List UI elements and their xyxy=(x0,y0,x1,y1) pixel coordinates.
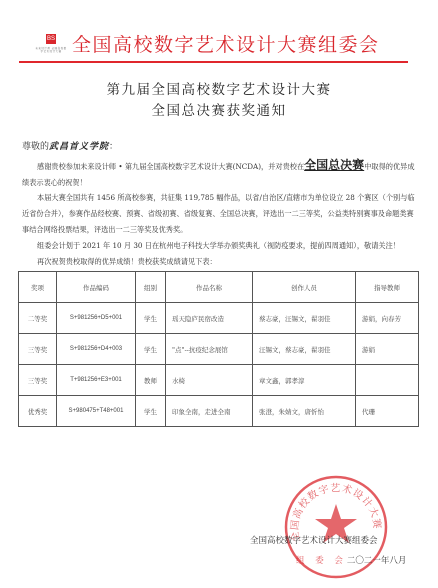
p4-text: 再次祝贺贵校取得的优异成绩！贵校获奖成绩请见下表： xyxy=(37,257,217,266)
signoff-date-line: 组 委 会二〇二一年八月 xyxy=(296,554,406,566)
cell-code: S+981256+D5+001 xyxy=(57,303,136,334)
table-row: 二等奖 S+981256+D5+001 学生 瑶天隐庐民宿改造 蔡志豪，汪锡文，… xyxy=(19,303,419,334)
cell-title: "点"--抗疫纪念展馆 xyxy=(166,334,253,365)
header-advisor: 指导教师 xyxy=(356,272,419,303)
organization-name: 全国高校数字艺术设计大赛组委会 xyxy=(72,34,380,56)
table-row: 优秀奖 S+980475+T48+001 学生 印象全南，走进全南 张澄，朱婧文… xyxy=(19,396,419,427)
header-creators: 创作人员 xyxy=(253,272,356,303)
table-header-row: 奖项 作品编码 组别 作品名称 创作人员 指导教师 xyxy=(19,272,419,303)
cell-creators: 张澄，朱婧文，唐忻怡 xyxy=(253,396,356,427)
signoff-date: 二〇二一年八月 xyxy=(347,556,407,566)
seal-word: 组 委 会 xyxy=(296,556,347,566)
document-title: 第九届全国高校数字艺术设计大赛 xyxy=(0,78,438,98)
cell-advisor xyxy=(356,365,419,396)
cell-award: 二等奖 xyxy=(19,303,57,334)
paragraph-statistics: 本届大赛全国共有 1456 所高校参赛，共征集 119,785 幅作品，以省/自… xyxy=(22,190,417,238)
cell-award: 优秀奖 xyxy=(19,396,57,427)
logo: BS 未来设计师 全国高校数字艺术设计大赛 xyxy=(34,34,66,60)
p1-before: 感谢贵校参加未来设计师 • 第九届全国高校数字艺术设计大赛(NCDA)，并对贵校… xyxy=(37,162,304,171)
greeting-suffix: ： xyxy=(109,142,118,152)
paragraph-table-intro: 再次祝贺贵校取得的优异成绩！贵校获奖成绩请见下表： xyxy=(22,254,417,270)
logo-subtitle: 未来设计师 全国高校数字艺术设计大赛 xyxy=(34,47,68,53)
cell-creators: 章文鑫，郭孝淳 xyxy=(253,365,356,396)
document-subtitle: 全国总决赛获奖通知 xyxy=(0,99,438,119)
logo-mark-icon: BS xyxy=(46,34,56,44)
cell-code: T+981256+E3+001 xyxy=(57,365,136,396)
header-group: 组别 xyxy=(136,272,166,303)
cell-award: 三等奖 xyxy=(19,334,57,365)
table-row: 三等奖 T+981256+E3+001 教师 水椅 章文鑫，郭孝淳 xyxy=(19,365,419,396)
cell-award: 三等奖 xyxy=(19,365,57,396)
letterhead: BS 未来设计师 全国高校数字艺术设计大赛 全国高校数字艺术设计大赛组委会 xyxy=(0,0,438,70)
paragraph-congratulations: 感谢贵校参加未来设计师 • 第九届全国高校数字艺术设计大赛(NCDA)，并对贵校… xyxy=(22,157,417,191)
recipient-name: 武昌首义学院 xyxy=(49,142,109,152)
cell-advisor: 游娟 xyxy=(356,334,419,365)
table-row: 三等奖 S+981256+D4+003 学生 "点"--抗疫纪念展馆 汪锡文，蔡… xyxy=(19,334,419,365)
header-title: 作品名称 xyxy=(166,272,253,303)
cell-group: 学生 xyxy=(136,303,166,334)
p3-text: 组委会计划于 2021 年 10 月 30 日在杭州电子科技大学举办颁奖典礼（视… xyxy=(37,241,400,250)
cell-title: 瑶天隐庐民宿改造 xyxy=(166,303,253,334)
cell-group: 学生 xyxy=(136,334,166,365)
cell-advisor: 代珊 xyxy=(356,396,419,427)
header-award: 奖项 xyxy=(19,272,57,303)
cell-code: S+980475+T48+001 xyxy=(57,396,136,427)
cell-group: 教师 xyxy=(136,365,166,396)
awards-table: 奖项 作品编码 组别 作品名称 创作人员 指导教师 二等奖 S+981256+D… xyxy=(18,271,419,427)
highlight-finals: 全国总决赛 xyxy=(304,158,364,172)
signoff-organization: 全国高校数字艺术设计大赛组委会 xyxy=(250,534,378,546)
cell-code: S+981256+D4+003 xyxy=(57,334,136,365)
cell-creators: 蔡志豪，汪锡文，翟羽佳 xyxy=(253,303,356,334)
cell-group: 学生 xyxy=(136,396,166,427)
greeting: 尊敬的武昌首义学院： xyxy=(22,139,118,152)
greeting-prefix: 尊敬的 xyxy=(22,142,49,152)
header-code: 作品编码 xyxy=(57,272,136,303)
cell-advisor: 游娟，向春芳 xyxy=(356,303,419,334)
cell-creators: 汪锡文，蔡志豪，翟羽佳 xyxy=(253,334,356,365)
paragraph-ceremony: 组委会计划于 2021 年 10 月 30 日在杭州电子科技大学举办颁奖典礼（视… xyxy=(22,238,417,254)
header-divider xyxy=(19,61,408,63)
cell-title: 水椅 xyxy=(166,365,253,396)
cell-title: 印象全南，走进全南 xyxy=(166,396,253,427)
p2-text: 本届大赛全国共有 1456 所高校参赛，共征集 119,785 幅作品，以省/自… xyxy=(22,193,415,234)
